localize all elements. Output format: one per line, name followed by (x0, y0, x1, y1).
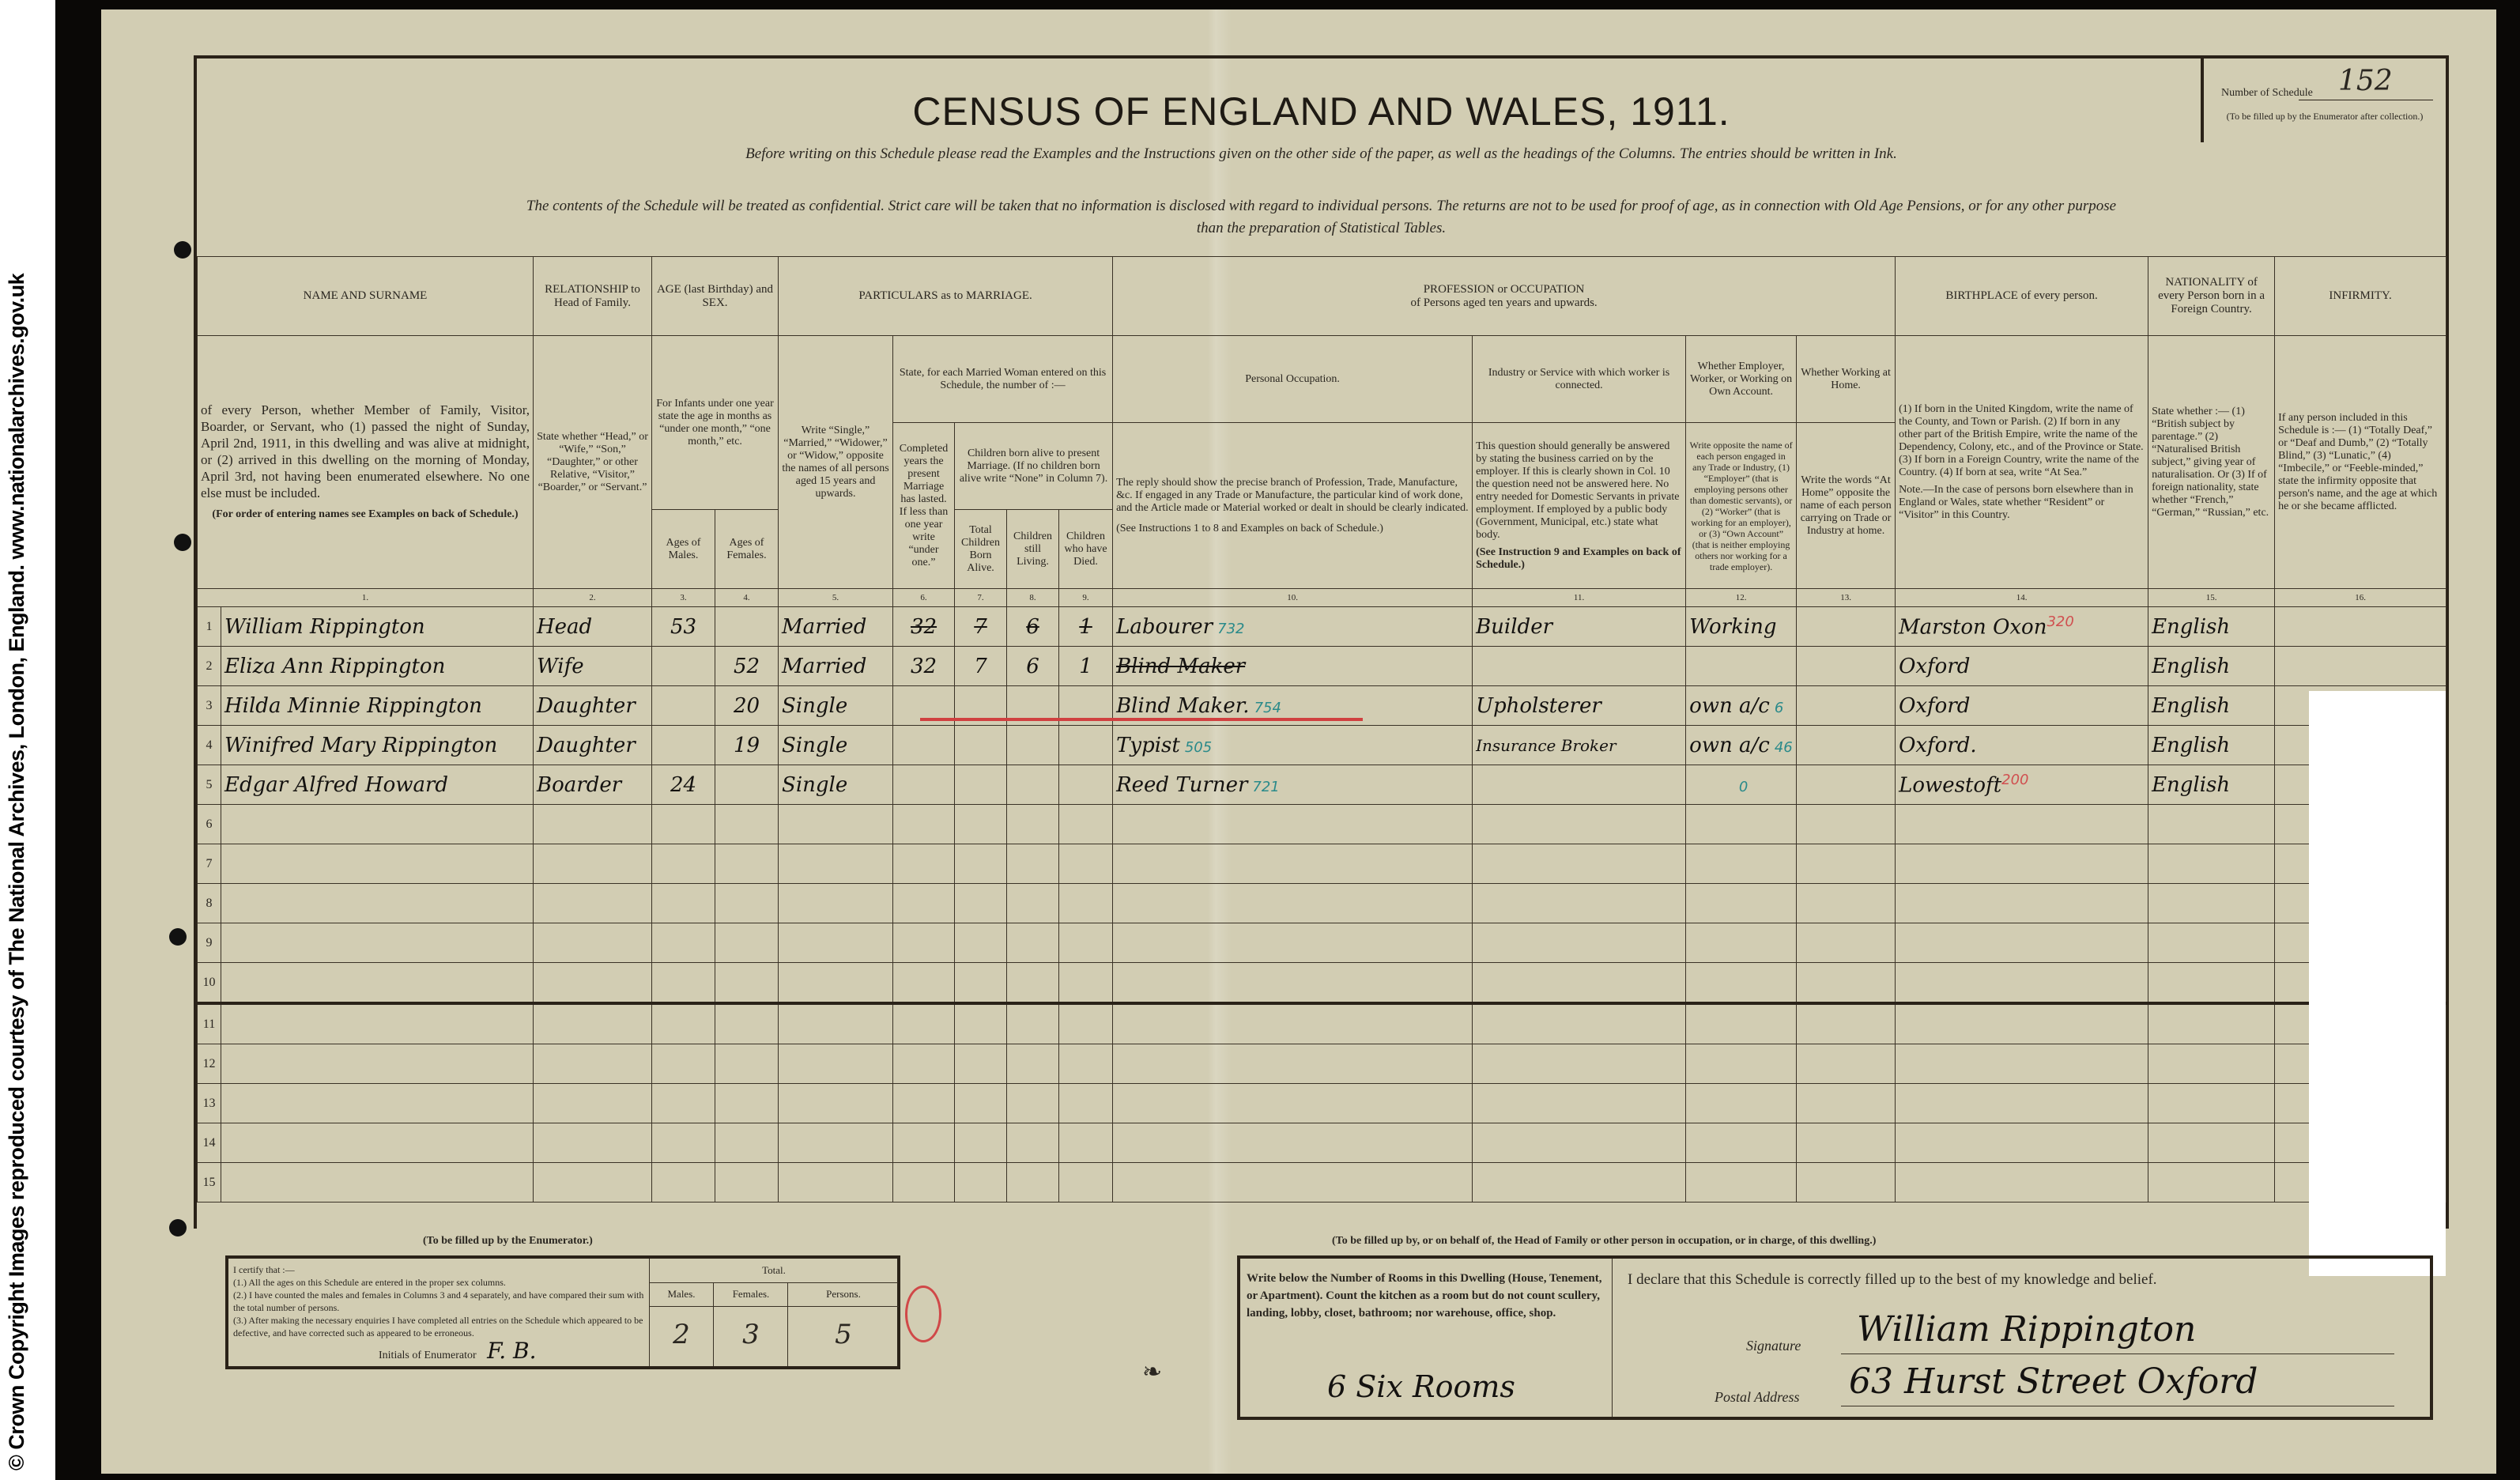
females-value: 3 (714, 1307, 788, 1362)
column-number: 10. (1113, 589, 1473, 607)
certify-label: I certify that :— (233, 1263, 644, 1276)
census-table: NAME AND SURNAME RELATIONSHIP to Head of… (197, 256, 2446, 1202)
birthplace-instructions: (1) If born in the United Kingdom, write… (1896, 336, 2148, 589)
industry-heading: Industry or Service with which worker is… (1473, 336, 1686, 423)
header-birthplace: BIRTHPLACE of every person. (1896, 257, 2148, 336)
years-married-value: 32 (893, 647, 955, 686)
occupation-value: Typist505 (1113, 726, 1473, 765)
occupation-subheading: of Persons aged ten years and upwards. (1116, 296, 1892, 310)
condition-value: Married (779, 607, 893, 647)
infirmity-value (2275, 607, 2446, 647)
person-name: William Rippington (221, 607, 534, 647)
birthplace-text: Marston Oxon (1899, 616, 2047, 640)
occupation-text: Typist (1116, 734, 1180, 757)
column-number: 7. (955, 589, 1007, 607)
occupation-value: Reed Turner721 (1113, 765, 1473, 805)
children-died-value (1059, 726, 1113, 765)
employer-code: 6 (1775, 700, 1783, 716)
header-age: AGE (last Birthday) and SEX. (652, 257, 779, 336)
header-occupation: PROFESSION or OCCUPATION of Persons aged… (1113, 257, 1896, 336)
employer-text: own a/c (1689, 734, 1770, 757)
empty-row: 10 (198, 963, 2446, 1004)
condition-value: Single (779, 765, 893, 805)
birthplace-value: Lowestoft200 (1896, 765, 2148, 805)
empty-row: 15 (198, 1163, 2446, 1202)
schedule-number-line (2299, 100, 2433, 100)
employer-value: Working (1686, 607, 1797, 647)
total-females: Females. 3 (713, 1282, 788, 1366)
infirmity-value (2275, 647, 2446, 686)
males-label: Males. (650, 1282, 713, 1307)
males-value: 2 (650, 1307, 713, 1362)
nationality-value: English (2148, 607, 2275, 647)
age-instructions: For Infants under one year state the age… (652, 336, 779, 510)
nationality-instructions: State whether :— (1) “British subject by… (2148, 336, 2275, 589)
row-number: 14 (198, 1123, 221, 1163)
column-number: 5. (779, 589, 893, 607)
instruction-line: Before writing on this Schedule please r… (197, 145, 2446, 163)
totals-heading: Total. (650, 1259, 898, 1283)
relationship-instructions: State whether “Head,” or “Wife,” “Son,” … (534, 336, 652, 589)
table-row: 4 Winifred Mary Rippington Daughter 19 S… (198, 726, 2446, 765)
row-number: 12 (198, 1044, 221, 1084)
home-value (1797, 686, 1896, 726)
empty-row: 9 (198, 923, 2446, 963)
row-number: 13 (198, 1084, 221, 1123)
red-check-mark (905, 1286, 941, 1342)
ink-blot: ❧ (1142, 1358, 1162, 1386)
column-number: 13. (1797, 589, 1896, 607)
personal-occupation-text: The reply should show the precise branch… (1116, 477, 1469, 515)
age-male-value (652, 686, 715, 726)
birthplace-value: Oxford (1896, 647, 2148, 686)
occupation-text: Labourer (1116, 615, 1213, 639)
industry-value: Insurance Broker (1473, 726, 1686, 765)
rooms-instructions: Write below the Number of Rooms in this … (1247, 1270, 1605, 1322)
punch-hole (174, 534, 191, 551)
birthplace-instructions-text: (1) If born in the United Kingdom, write… (1899, 403, 2145, 479)
total-children-value: 7 (955, 647, 1007, 686)
condition-value: Single (779, 726, 893, 765)
row-number: 6 (198, 805, 221, 844)
name-instructions-note: (For order of entering names see Example… (201, 506, 530, 523)
row-number: 15 (198, 1163, 221, 1202)
relationship-value: Boarder (534, 765, 652, 805)
condition-instructions: Write “Single,” “Married,” “Widower,” or… (779, 336, 893, 589)
punch-hole (169, 1219, 187, 1236)
employer-value: 0 (1686, 765, 1797, 805)
copyright-strip: © Crown Copyright Images reproduced cour… (0, 0, 55, 1480)
occupation-code: 505 (1185, 739, 1212, 756)
relationship-value: Daughter (534, 726, 652, 765)
row-number: 1 (198, 607, 221, 647)
initials-label: Initials of Enumerator (379, 1350, 477, 1361)
home-value (1797, 607, 1896, 647)
total-persons: Persons. 5 (787, 1282, 899, 1366)
children-died-value (1059, 765, 1113, 805)
nationality-value: English (2148, 765, 2275, 805)
occupation-value: Blind Maker (1113, 647, 1473, 686)
empty-row: 11 (198, 1003, 2446, 1044)
table-row: 1 William Rippington Head 53 Married 32 … (198, 607, 2446, 647)
employer-text: own a/c (1689, 694, 1770, 718)
relationship-value: Daughter (534, 686, 652, 726)
footer-section: (To be filled up by the Enumerator.) I c… (194, 1225, 2443, 1463)
personal-occupation-instructions: The reply should show the precise branch… (1113, 423, 1473, 589)
years-married-instructions: Completed years the present Marriage has… (893, 423, 955, 589)
empty-row: 6 (198, 805, 2446, 844)
years-married-value: 32 (893, 607, 955, 647)
birthplace-value: Oxford (1896, 686, 2148, 726)
total-children-value (955, 765, 1007, 805)
employer-value (1686, 647, 1797, 686)
certify-item-3: (3.) After making the necessary enquirie… (233, 1314, 644, 1339)
children-living-value (1007, 726, 1059, 765)
ages-of-males-label: Ages of Males. (652, 510, 715, 589)
schedule-number-note: (To be filled up by the Enumerator after… (2218, 111, 2431, 122)
column-number: 9. (1059, 589, 1113, 607)
confidential-line: The contents of the Schedule will be tre… (197, 198, 2446, 215)
row-number: 3 (198, 686, 221, 726)
rooms-value: 6 Six Rooms (1327, 1369, 1515, 1404)
column-number: 2. (534, 589, 652, 607)
employer-instructions: Write opposite the name of each person e… (1686, 423, 1797, 589)
condition-value: Married (779, 647, 893, 686)
column-number: 1. (198, 589, 534, 607)
industry-value: Builder (1473, 607, 1686, 647)
enumerator-box: I certify that :— (1.) All the ages on t… (225, 1255, 900, 1369)
occupation-text: Blind Maker. (1116, 694, 1250, 718)
person-name: Hilda Minnie Rippington (221, 686, 534, 726)
relationship-value: Wife (534, 647, 652, 686)
children-died-value: 1 (1059, 607, 1113, 647)
years-married-value (893, 726, 955, 765)
column-number: 16. (2275, 589, 2446, 607)
birthplace-value: Oxford. (1896, 726, 2148, 765)
total-children-label: Total Children Born Alive. (955, 510, 1007, 589)
schedule-number-label: Number of Schedule (2221, 87, 2313, 100)
column-number: 15. (2148, 589, 2275, 607)
home-heading: Whether Working at Home. (1797, 336, 1896, 423)
column-number: 6. (893, 589, 955, 607)
industry-instructions-text: This question should generally be answer… (1476, 440, 1682, 542)
home-value (1797, 765, 1896, 805)
employer-code: 46 (1775, 739, 1793, 756)
row-number: 5 (198, 765, 221, 805)
industry-value (1473, 647, 1686, 686)
occupation-text: Reed Turner (1116, 773, 1247, 797)
age-male-value: 53 (652, 607, 715, 647)
empty-row: 13 (198, 1084, 2446, 1123)
row-number: 2 (198, 647, 221, 686)
table-row: 5 Edgar Alfred Howard Boarder 24 Single … (198, 765, 2446, 805)
certify-item-1: (1.) All the ages on this Schedule are e… (233, 1276, 644, 1289)
confidential-line-2: than the preparation of Statistical Tabl… (197, 220, 2446, 237)
married-woman-instructions: State, for each Married Woman entered on… (893, 336, 1113, 423)
signature-label: Signature (1746, 1338, 1801, 1354)
age-female-value: 20 (715, 686, 779, 726)
occupier-box: Write below the Number of Rooms in this … (1237, 1255, 2433, 1420)
header-name: NAME AND SURNAME (198, 257, 534, 336)
empty-row: 14 (198, 1123, 2446, 1163)
address-value: 63 Hurst Street Oxford (1849, 1361, 2258, 1402)
certify-item-2: (2.) I have counted the males and female… (233, 1289, 644, 1314)
signature-line (1841, 1354, 2394, 1354)
copyright-notice: © Crown Copyright Images reproduced cour… (5, 206, 29, 1471)
row-number: 9 (198, 923, 221, 963)
nationality-value: English (2148, 686, 2275, 726)
column-number: 4. (715, 589, 779, 607)
header-marriage: PARTICULARS as to MARRIAGE. (779, 257, 1113, 336)
nationality-value: English (2148, 726, 2275, 765)
children-living-value: 6 (1007, 647, 1059, 686)
age-female-value (715, 765, 779, 805)
row-number: 8 (198, 884, 221, 923)
total-children-value (955, 726, 1007, 765)
schedule-number-box: Number of Schedule 152 (To be filled up … (2201, 55, 2446, 142)
industry-instructions: This question should generally be answer… (1473, 423, 1686, 589)
children-living-value (1007, 765, 1059, 805)
children-instructions: Children born alive to present Marriage.… (955, 423, 1113, 510)
person-name: Winifred Mary Rippington (221, 726, 534, 765)
age-female-value: 52 (715, 647, 779, 686)
children-died-value: 1 (1059, 647, 1113, 686)
punch-hole (169, 928, 187, 946)
enumerator-title: (To be filled up by the Enumerator.) (423, 1235, 593, 1248)
empty-row: 8 (198, 884, 2446, 923)
children-died-label: Children who have Died. (1059, 510, 1113, 589)
occupation-code: 732 (1217, 621, 1244, 637)
enumerator-certification: I certify that :— (1.) All the ages on t… (233, 1263, 644, 1339)
total-children-value: 7 (955, 607, 1007, 647)
table-row: 2 Eliza Ann Rippington Wife 52 Married 3… (198, 647, 2446, 686)
row-number: 4 (198, 726, 221, 765)
home-value (1797, 647, 1896, 686)
column-number: 3. (652, 589, 715, 607)
total-males: Males. 2 (650, 1282, 713, 1366)
occupation-value: Labourer732 (1113, 607, 1473, 647)
persons-value: 5 (788, 1307, 899, 1362)
females-label: Females. (714, 1282, 788, 1307)
employer-value: own a/c6 (1686, 686, 1797, 726)
empty-row: 12 (198, 1044, 2446, 1084)
address-line (1841, 1406, 2394, 1406)
empty-row: 7 (198, 844, 2446, 884)
header-relationship: RELATIONSHIP to Head of Family. (534, 257, 652, 336)
home-value (1797, 726, 1896, 765)
column-number: 8. (1007, 589, 1059, 607)
personal-occupation-note: (See Instructions 1 to 8 and Examples on… (1116, 523, 1469, 535)
punch-hole (174, 241, 191, 259)
birthplace-text: Lowestoft (1899, 774, 2001, 798)
occupier-title: (To be filled up by, or on behalf of, th… (1332, 1235, 1876, 1248)
employer-heading: Whether Employer, Worker, or Working on … (1686, 336, 1797, 423)
column-number: 14. (1896, 589, 2148, 607)
enumerator-initials: Initials of Enumerator F. B. (379, 1338, 536, 1364)
row-number: 11 (198, 1003, 221, 1044)
column-number: 12. (1686, 589, 1797, 607)
age-male-value: 24 (652, 765, 715, 805)
industry-value: Upholsterer (1473, 686, 1686, 726)
children-living-label: Children still Living. (1007, 510, 1059, 589)
header-infirmity: INFIRMITY. (2275, 257, 2446, 336)
birthplace-note: Note.—In the case of persons born elsewh… (1899, 484, 2145, 522)
relationship-value: Head (534, 607, 652, 647)
birthplace-code: 200 (2001, 772, 2028, 788)
row-number: 10 (198, 963, 221, 1004)
totals-grid: Total. Males. 2 Females. 3 Persons. 5 (649, 1259, 898, 1366)
name-instructions-text: of every Person, whether Member of Famil… (201, 402, 530, 501)
redaction-block (2309, 691, 2446, 1276)
personal-occupation-heading: Personal Occupation. (1113, 336, 1473, 423)
industry-value (1473, 765, 1686, 805)
person-name: Edgar Alfred Howard (221, 765, 534, 805)
years-married-value (893, 765, 955, 805)
home-instructions: Write the words “At Home” opposite the n… (1797, 423, 1896, 589)
ages-of-females-label: Ages of Females. (715, 510, 779, 589)
declaration-text: I declare that this Schedule is correctl… (1628, 1271, 2157, 1289)
occupation-heading: PROFESSION or OCCUPATION (1116, 283, 1892, 296)
birthplace-code: 320 (2047, 614, 2073, 630)
employer-text: Working (1689, 615, 1777, 639)
initials-value: F. B. (487, 1338, 536, 1364)
occupation-code: 721 (1252, 779, 1279, 795)
employer-code: 0 (1739, 779, 1748, 795)
persons-label: Persons. (788, 1282, 899, 1307)
name-instructions: of every Person, whether Member of Famil… (198, 336, 534, 589)
children-living-value: 6 (1007, 607, 1059, 647)
person-name: Eliza Ann Rippington (221, 647, 534, 686)
birthplace-value: Marston Oxon320 (1896, 607, 2148, 647)
rooms-section: Write below the Number of Rooms in this … (1240, 1259, 1613, 1417)
age-male-value (652, 647, 715, 686)
occupation-code: 754 (1254, 700, 1281, 716)
address-label: Postal Address (1715, 1389, 1800, 1406)
infirmity-instructions: If any person included in this Schedule … (2275, 336, 2446, 589)
signature-value: William Rippington (1857, 1309, 2196, 1350)
employer-value: own a/c46 (1686, 726, 1797, 765)
age-female-value (715, 607, 779, 647)
row-number: 7 (198, 844, 221, 884)
schedule-frame: CENSUS OF ENGLAND AND WALES, 1911. Befor… (194, 55, 2449, 1229)
age-male-value (652, 726, 715, 765)
column-number: 11. (1473, 589, 1686, 607)
nationality-value: English (2148, 647, 2275, 686)
schedule-number-value: 152 (2338, 65, 2393, 97)
red-correction-line (920, 718, 1363, 721)
document-title: CENSUS OF ENGLAND AND WALES, 1911. (197, 89, 2446, 134)
header-nationality: NATIONALITY of every Person born in a Fo… (2148, 257, 2275, 336)
industry-note: (See Instruction 9 and Examples on back … (1476, 546, 1682, 572)
condition-value: Single (779, 686, 893, 726)
age-female-value: 19 (715, 726, 779, 765)
